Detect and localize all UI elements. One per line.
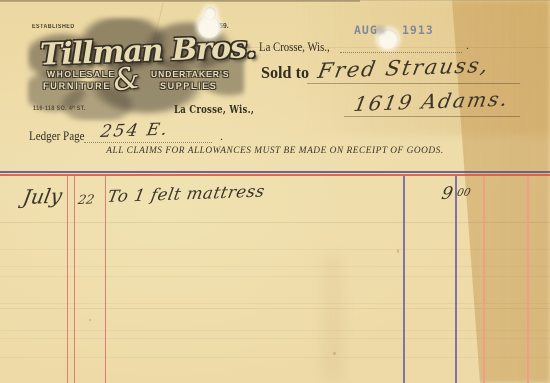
letterhead-furniture: FURNITURE [43, 81, 111, 91]
foxing-speck [89, 319, 91, 321]
entry-amount-cents: 00 [456, 187, 472, 199]
column-rule-amount-left [403, 176, 405, 383]
sold-to-fill-line [307, 82, 520, 84]
paper-stain [323, 255, 343, 380]
faint-ledger-ruling [0, 196, 550, 383]
letterhead-wholesale: WHOLESALE [47, 69, 116, 79]
column-rule-margin-left [483, 176, 485, 383]
letterhead-undertakers: UNDERTAKER'S [151, 69, 230, 79]
column-rule-margin-right [527, 176, 529, 383]
column-rule-date-right [74, 176, 75, 383]
scanned-invoice-document: ESTABLISHED 59. Tillman Bros. WHOLESALE … [0, 0, 550, 383]
letterhead-supplies: SUPPLIES [160, 81, 217, 91]
place-date-label: La Crosse, Wis., [259, 40, 330, 55]
entry-day-handwritten: 22 [77, 191, 96, 207]
date-stamp-month: AUG [354, 23, 378, 37]
foxing-speck [333, 352, 336, 355]
ink-fleck [397, 249, 399, 253]
date-fill-line [340, 51, 462, 53]
date-stamp-smudge [376, 26, 385, 34]
street-address: 116-118 SO. 4ᴴ ST. [33, 106, 86, 112]
sold-to-label: Sold to [261, 63, 309, 83]
ledger-page-fill-line [84, 141, 212, 143]
company-name: Tillman Bros. [39, 30, 245, 72]
line-end-period: . [220, 129, 223, 144]
established-label: ESTABLISHED [32, 24, 75, 30]
entry-month-handwritten: July [21, 184, 64, 209]
claims-notice: ALL CLAIMS FOR ALLOWANCES MUST BE MADE O… [6, 146, 545, 156]
line-end-period: . [466, 38, 469, 53]
logo-city-line: La Crosse, Wis., [174, 103, 254, 116]
established-year: 59. [219, 23, 229, 30]
ampersand-emblem: & [111, 60, 142, 98]
ledger-page-label: Ledger Page [29, 128, 85, 144]
ledger-page-value-handwritten: 254 E. [99, 120, 171, 142]
ledger-top-rule-red [0, 174, 550, 176]
scan-edge-top-dark [0, 0, 360, 2]
column-rule-date-left [67, 176, 68, 383]
column-rule-amount-cents [455, 176, 457, 383]
date-stamp-year: 1913 [402, 23, 434, 37]
column-rule-day [105, 176, 106, 383]
address-fill-line [344, 115, 520, 117]
ledger-top-rule-purple [0, 171, 550, 173]
